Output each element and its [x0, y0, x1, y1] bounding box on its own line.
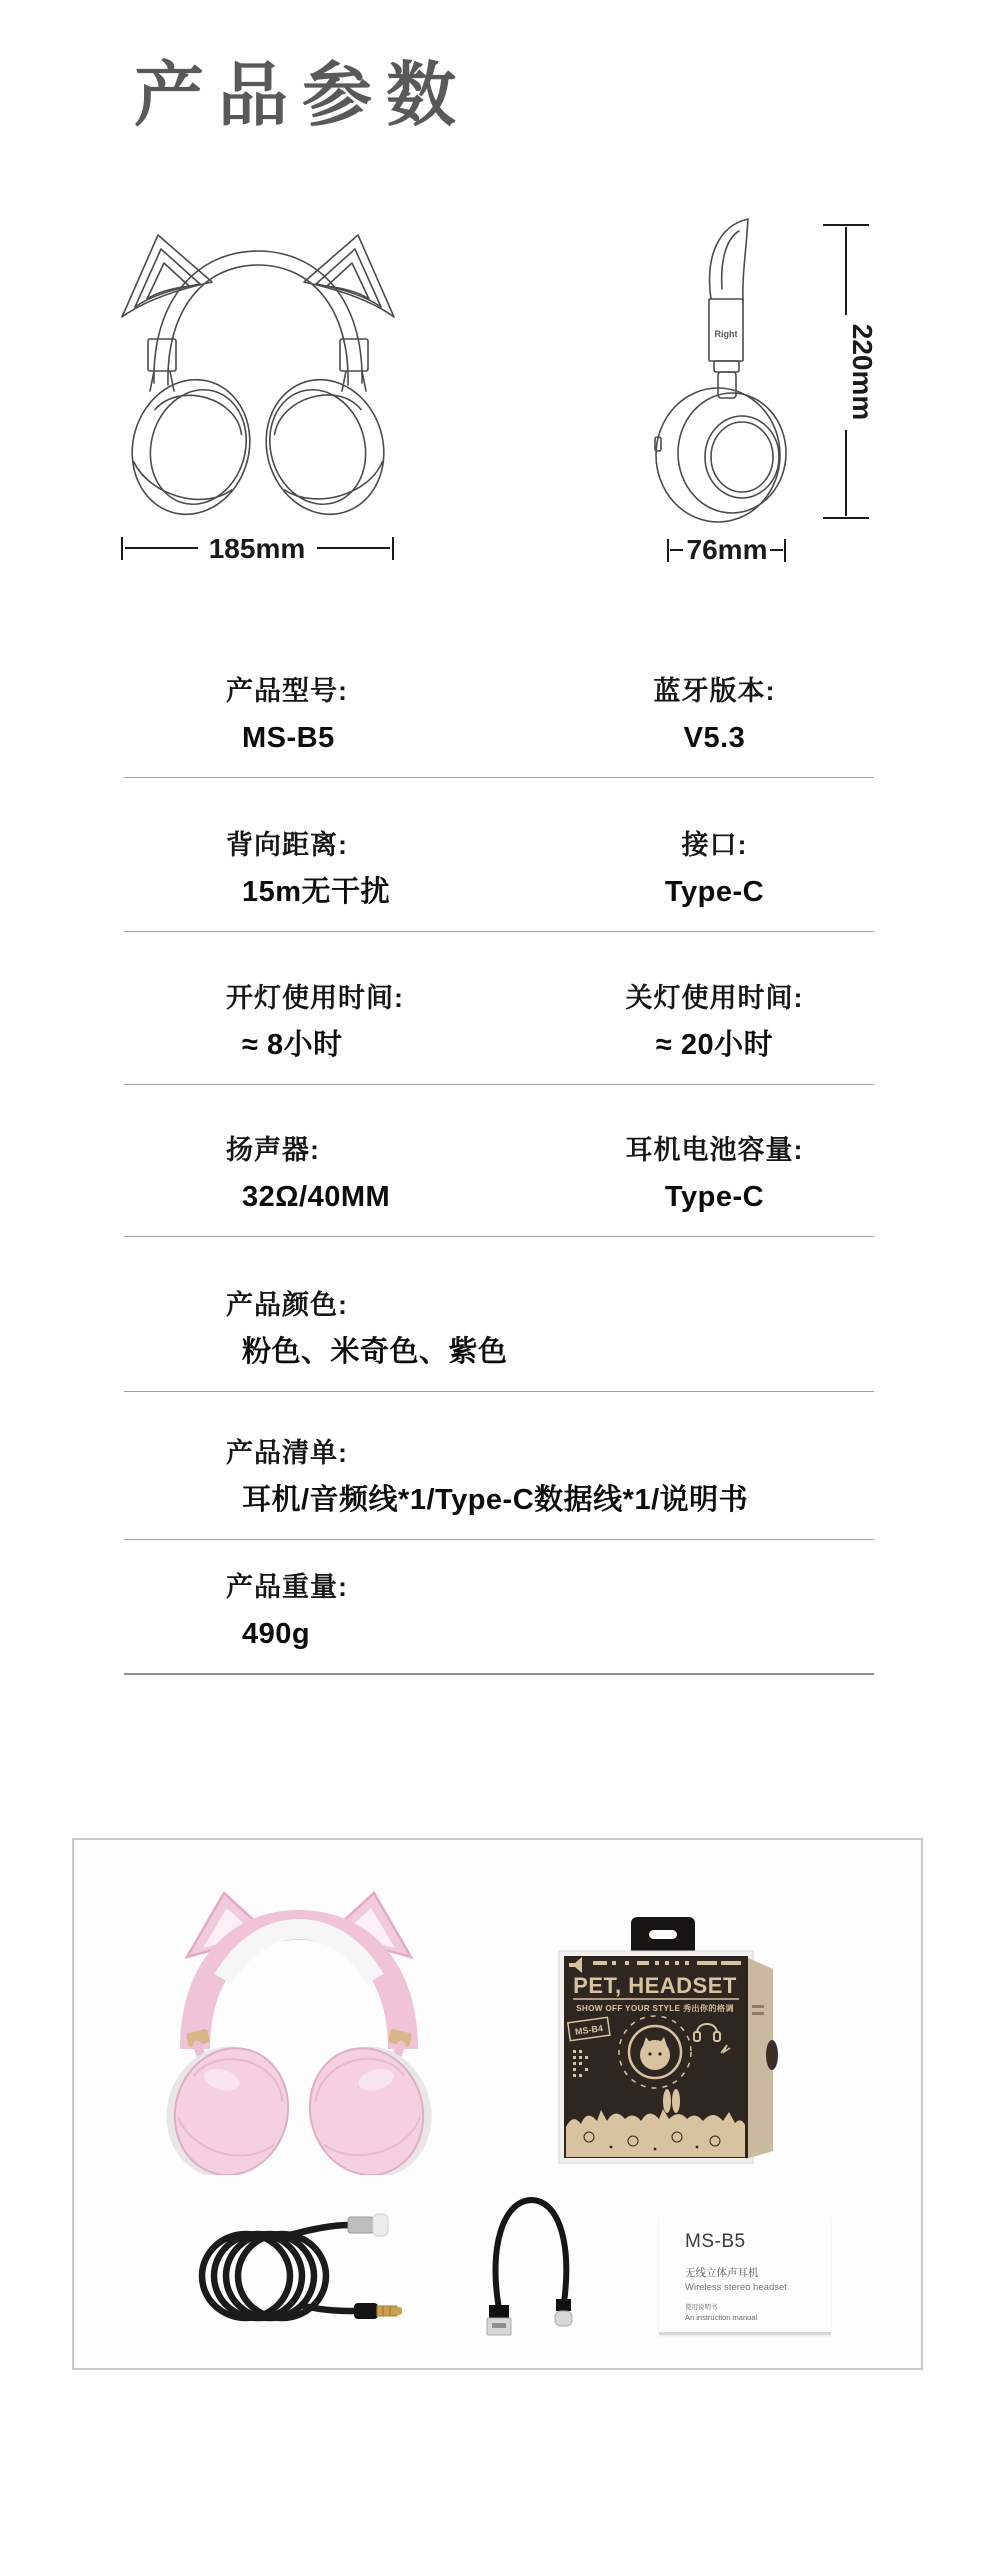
spec-row-model-bluetooth: 产品型号: MS-B5 蓝牙版本: V5.3	[124, 623, 874, 778]
spec-label: 扬声器:	[226, 1136, 499, 1166]
spec-row-battery-time: 开灯使用时间: ≈ 8小时 关灯使用时间: ≈ 20小时	[124, 932, 874, 1085]
spec-value: 32Ω/40MM	[226, 1182, 499, 1214]
spec-row-colors: 产品颜色: 粉色、米奇色、紫色	[124, 1237, 874, 1392]
side-view-drawing	[655, 219, 786, 522]
side-depth-label: 76mm	[687, 534, 768, 565]
spec-row-speaker-battery: 扬声器: 32Ω/40MM 耳机电池容量: Type-C	[124, 1085, 874, 1237]
spec-value: ≈ 20小时	[656, 1030, 773, 1062]
spec-label: 耳机电池容量:	[626, 1136, 804, 1166]
cable-usb-connector	[348, 2214, 388, 2236]
spec-row-weight: 产品重量: 490g	[124, 1540, 874, 1675]
spec-value: Type-C	[665, 877, 764, 909]
headphones-photo	[129, 1885, 469, 2175]
spec-value: Type-C	[665, 1182, 764, 1214]
spec-label: 产品清单:	[226, 1439, 874, 1469]
manual-product-name-en: Wireless stereo headset	[685, 2282, 831, 2293]
spec-label: 关灯使用时间:	[626, 984, 804, 1014]
spec-label: 开灯使用时间:	[226, 984, 499, 1014]
box-side-notch	[766, 2040, 778, 2070]
front-width-label: 185mm	[209, 533, 306, 564]
spec-label: 产品颜色:	[226, 1291, 874, 1321]
spec-label: 产品重量:	[226, 1573, 874, 1603]
usb-cable-photo	[474, 2185, 589, 2340]
package-box-photo: PET, HEADSET SHOW OFF YOUR STYLE 秀出你的格调 …	[549, 1915, 784, 2165]
spec-value: ≈ 8小时	[226, 1030, 499, 1062]
audio-cable-photo	[184, 2200, 414, 2335]
spec-row-range-port: 背向距离: 15m无干扰 接口: Type-C	[124, 778, 874, 932]
spec-value: V5.3	[684, 723, 746, 755]
package-photo-panel: PET, HEADSET SHOW OFF YOUR STYLE 秀出你的格调 …	[72, 1838, 923, 2370]
manual-card: MS-B5 无线立体声耳机 Wireless stereo headset 使用…	[659, 2217, 831, 2335]
spec-value: 490g	[226, 1619, 874, 1651]
side-height-label: 220mm	[847, 324, 878, 421]
front-view-drawing	[117, 235, 400, 528]
spec-value: 15m无干扰	[226, 877, 499, 909]
spec-value: 耳机/音频线*1/Type-C数据线*1/说明书	[226, 1485, 874, 1517]
dimension-diagram: 185mm Right 76mm 220mm	[70, 215, 880, 575]
usb-a-connector	[487, 2305, 511, 2335]
manual-doc-name-en: An instruction manual	[685, 2313, 831, 2322]
type-c-connector	[555, 2299, 572, 2326]
box-title: PET, HEADSET	[573, 1973, 737, 1998]
cable-aux-connector	[354, 2303, 402, 2319]
spec-label: 背向距离:	[226, 831, 499, 861]
spec-value: 粉色、米奇色、紫色	[226, 1337, 874, 1369]
side-band-label: Right	[715, 329, 738, 339]
spec-value: MS-B5	[226, 723, 499, 755]
spec-label: 蓝牙版本:	[654, 677, 776, 707]
manual-product-name-zh: 无线立体声耳机	[685, 2265, 831, 2280]
spec-label: 接口:	[682, 831, 748, 861]
box-subtitle: SHOW OFF YOUR STYLE 秀出你的格调	[576, 2003, 734, 2013]
spec-row-contents: 产品清单: 耳机/音频线*1/Type-C数据线*1/说明书	[124, 1392, 874, 1540]
page-title: 产品参数	[134, 60, 470, 130]
manual-model: MS-B5	[685, 2231, 831, 2253]
spec-table: 产品型号: MS-B5 蓝牙版本: V5.3 背向距离: 15m无干扰 接口: …	[124, 623, 874, 1675]
manual-doc-name-zh: 使用说明书	[685, 2302, 831, 2311]
spec-label: 产品型号:	[226, 677, 499, 707]
